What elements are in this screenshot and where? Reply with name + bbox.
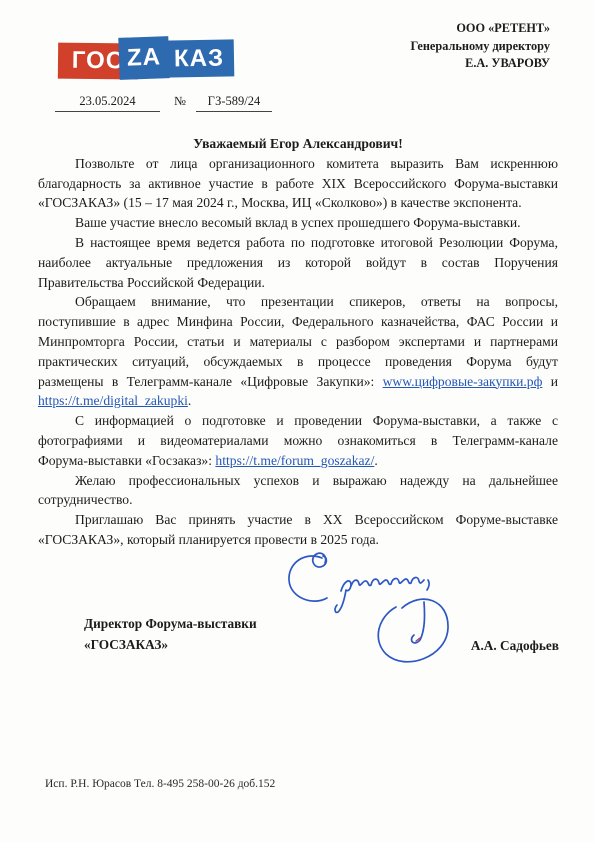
body-line: Обращаем внимание, что презентации спике… — [38, 292, 558, 312]
letter-date: 23.05.2024 — [55, 94, 160, 112]
recipient-company: ООО «РЕТЕНТ» — [410, 20, 550, 38]
body-line: Форума-выставки «Госзаказ»: https://t.me… — [38, 451, 558, 471]
letter-page: ГОС ZА КАЗ ООО «РЕТЕНТ» Генеральному дир… — [0, 0, 595, 842]
body-line: С информацией о подготовке и проведении … — [38, 411, 558, 431]
body-line: сотрудничество. — [38, 490, 558, 510]
body-line: В настоящее время ведется работа по подг… — [38, 233, 558, 253]
reference-line: 23.05.2024№ГЗ-589/24 — [55, 94, 272, 112]
body-line: наиболее актуальные предложения из котор… — [38, 253, 558, 273]
logo-za-block: ZА — [118, 36, 169, 80]
signer-title-line2: «ГОСЗАКАЗ» — [84, 635, 257, 656]
link-telegram-forum-goszakaz[interactable]: https://t.me/forum_goszakaz/ — [215, 453, 374, 468]
body-line: https://t.me/digital_zakupki. — [38, 391, 558, 411]
signer-name: А.А. Садофьев — [471, 638, 559, 654]
body-line: Ваше участие внесло весомый вклад в успе… — [38, 213, 558, 233]
body-line: Позвольте от лица организационного комит… — [38, 154, 558, 174]
executor-footer: Исп. Р.Н. Юрасов Тел. 8-495 258-00-26 до… — [45, 778, 275, 790]
recipient-role: Генеральному директору — [410, 38, 550, 56]
body-line: Желаю профессиональных успехов и выражаю… — [38, 471, 558, 491]
number-sign: № — [174, 94, 186, 109]
recipient-name: Е.А. УВАРОВУ — [410, 55, 550, 73]
body-text: размещены в Телеграмм-канале «Цифровые З… — [38, 374, 374, 389]
body-line: практических ситуаций, обсуждаемых в про… — [38, 352, 558, 372]
signature-ink-strokes — [289, 553, 448, 662]
body-text: . — [374, 453, 377, 468]
body-text: Форума-выставки «Госзаказ»: — [38, 453, 212, 468]
body-line: благодарность за активное участие в рабо… — [38, 174, 558, 194]
body-text: и — [551, 374, 558, 389]
body-line: Минпромторга России, статьи и материалы … — [38, 332, 558, 352]
handwritten-signature — [281, 549, 481, 674]
body-line: размещены в Телеграмм-канале «Цифровые З… — [38, 372, 558, 392]
body-line: Приглашаю Вас принять участие в XX Всеро… — [38, 510, 558, 530]
logo-kaz-block: КАЗ — [164, 39, 235, 77]
link-cifrovye-zakupki[interactable]: www.цифровые-закупки.рф — [383, 374, 543, 389]
body-line: поступившие в адрес Минфина России, Феде… — [38, 312, 558, 332]
body-line: «ГОСЗАКАЗ» (15 – 17 мая 2024 г., Москва,… — [38, 193, 558, 213]
body-text: . — [188, 393, 191, 408]
letter-body: Уважаемый Егор Александрович! Позвольте … — [38, 134, 558, 550]
goszakaz-logo: ГОС ZА КАЗ — [57, 36, 237, 84]
body-line: фотографиями и видеоматериалами можно оз… — [38, 431, 558, 451]
signer-title-line1: Директор Форума-выставки — [84, 614, 257, 635]
signer-title: Директор Форума-выставки «ГОСЗАКАЗ» — [84, 614, 257, 655]
recipient-block: ООО «РЕТЕНТ» Генеральному директору Е.А.… — [410, 20, 550, 73]
letter-number: ГЗ-589/24 — [196, 94, 272, 112]
body-line: Правительства Российской Федерации. — [38, 273, 558, 293]
link-telegram-digital-zakupki[interactable]: https://t.me/digital_zakupki — [38, 393, 188, 408]
body-line: «ГОСЗАКАЗ», который планируется провести… — [38, 530, 558, 550]
salutation: Уважаемый Егор Александрович! — [38, 134, 558, 154]
